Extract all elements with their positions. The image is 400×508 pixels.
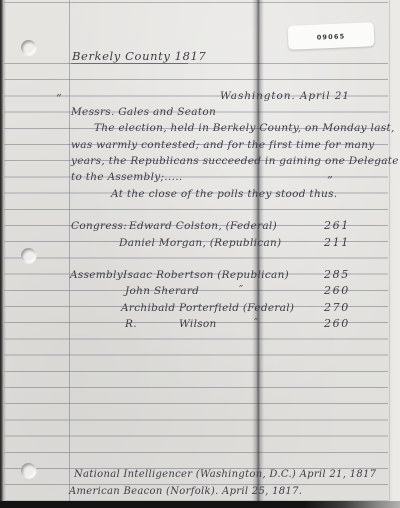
fold-crease (252, 0, 264, 508)
page-title: Berkely County 1817 (72, 51, 206, 63)
polls-intro-line: At the close of the polls they stood thu… (111, 189, 337, 200)
paper-edge-right-line (389, 0, 390, 501)
candidate-name: Edward Colston, (Federal) (129, 221, 277, 232)
title-underline (71, 63, 188, 64)
vote-count: 211 (324, 237, 350, 248)
office-label-congress: Congress: (71, 221, 127, 232)
top-rule-line (4, 2, 388, 3)
vote-count: 270 (324, 302, 350, 313)
scanned-document-page: 09065 Berkely County 1817 Washington. Ap… (0, 0, 400, 508)
body-line: years, the Republicans succeeded in gain… (71, 156, 399, 167)
ditto-mark: ″ (254, 317, 258, 328)
vote-count: 260 (324, 285, 350, 296)
sticker-number: 09065 (317, 32, 346, 41)
source-citation: National Intelligencer (Washington, D.C.… (74, 470, 376, 480)
candidate-name: John Sherard (125, 286, 199, 297)
scan-edge-bottom (0, 501, 400, 508)
punch-hole-bottom (21, 463, 36, 478)
close-quote-mark: ” (327, 175, 333, 186)
catalog-sticker: 09065 (288, 22, 375, 50)
body-line: was warmly contested; and for the first … (71, 140, 375, 151)
vote-count: 285 (324, 269, 350, 280)
candidate-name: Daniel Morgan, (Republican) (119, 238, 281, 249)
dateline: Washington. April 21 (220, 91, 350, 102)
candidate-name: Isaac Robertson (Republican) (123, 270, 289, 281)
vote-count: 261 (324, 220, 350, 231)
source-citation: American Beacon (Norfolk). April 25, 181… (69, 487, 302, 497)
margin-line (69, 0, 70, 501)
ditto-mark: ″ (239, 284, 243, 295)
salutation: Messrs. Gales and Seaton (71, 107, 216, 118)
candidate-initial: R. (125, 319, 137, 330)
candidate-surname: Wilson (179, 319, 217, 330)
office-label-assembly: Assembly: (70, 270, 127, 281)
candidate-name: Archibald Porterfield (Federal) (121, 303, 294, 314)
punch-hole-top (21, 40, 36, 55)
open-quote-mark: “ (56, 93, 62, 104)
vote-count: 260 (324, 318, 350, 329)
punch-hole-middle (21, 248, 36, 263)
body-line: to the Assembly;..... (71, 172, 182, 183)
body-line: The election, held in Berkely County, on… (94, 123, 395, 134)
scan-edge-right (389, 0, 400, 501)
scan-edge-left (0, 0, 6, 508)
